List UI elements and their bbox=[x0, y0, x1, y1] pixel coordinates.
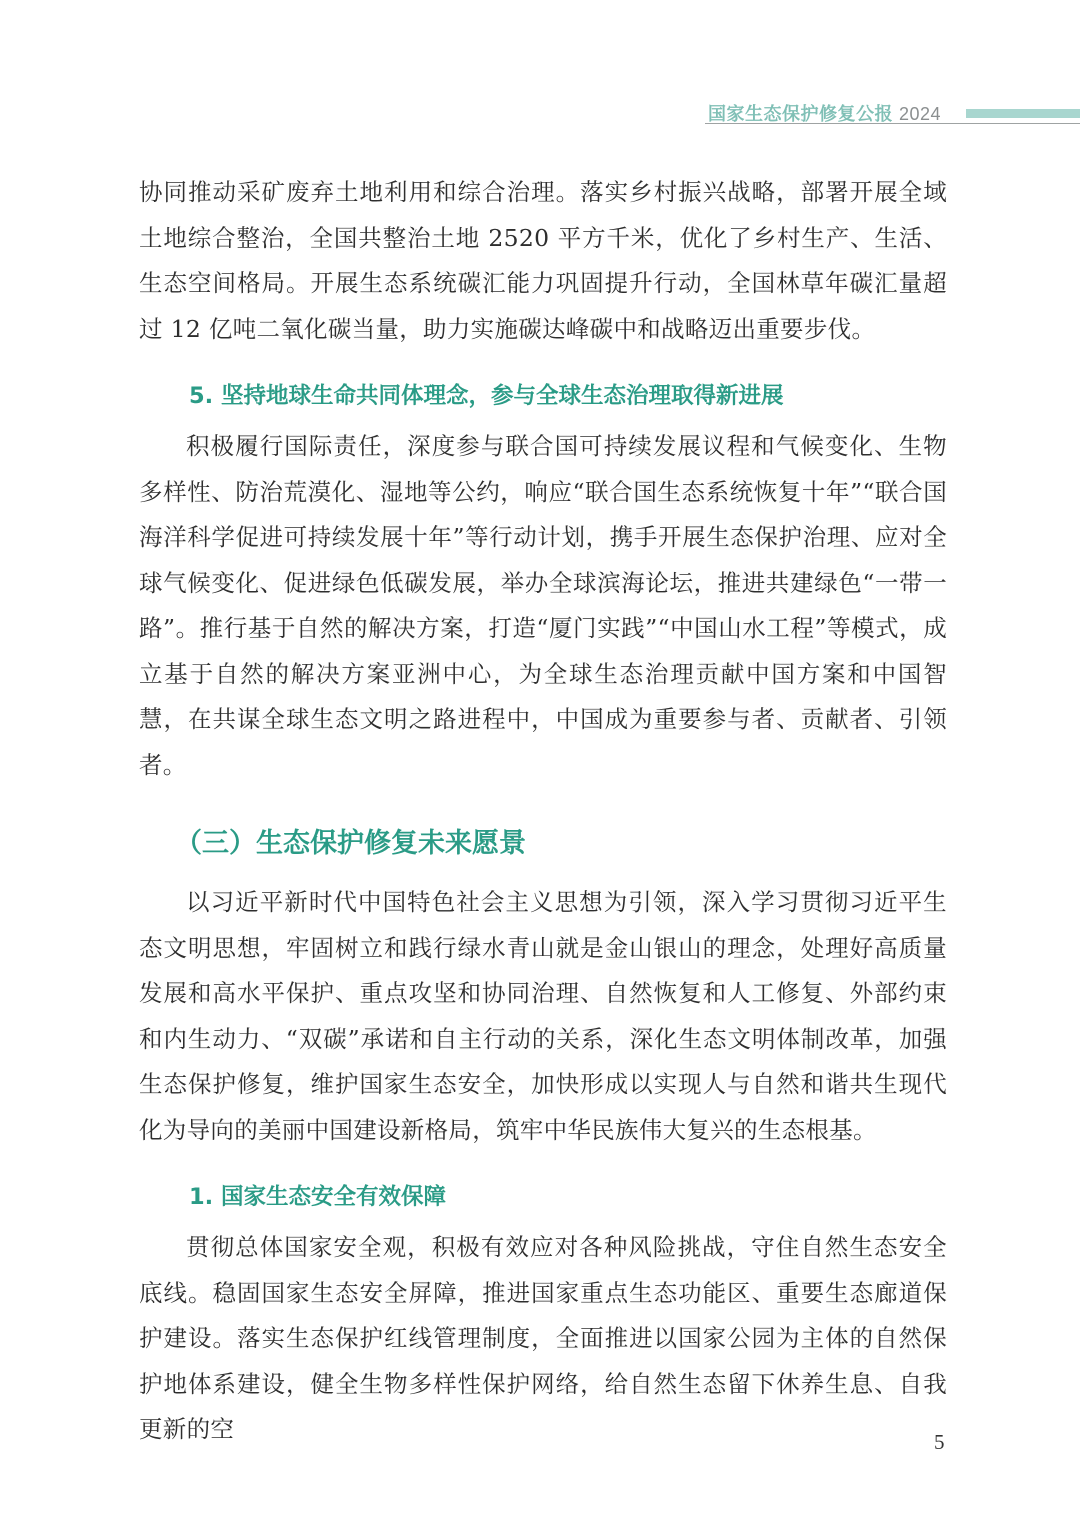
header-title: 国家生态保护修复公报2024 bbox=[708, 100, 941, 126]
paragraph-global-governance: 积极履行国际责任，深度参与联合国可持续发展议程和气候变化、生物多样性、防治荒漠化… bbox=[139, 424, 947, 788]
paragraph-future-vision: 以习近平新时代中国特色社会主义思想为引领，深入学习贯彻习近平生态文明思想，牢固树… bbox=[139, 880, 947, 1153]
section-heading-future-vision: （三）生态保护修复未来愿景 bbox=[139, 818, 947, 870]
header-year: 2024 bbox=[899, 104, 941, 124]
header-title-text: 国家生态保护修复公报 bbox=[708, 104, 893, 125]
paragraph-ecological-security: 贯彻总体国家安全观，积极有效应对各种风险挑战，守住自然生态安全底线。稳固国家生态… bbox=[139, 1225, 947, 1453]
subheading-global-governance: 5. 坚持地球生命共同体理念，参与全球生态治理取得新进展 bbox=[139, 374, 947, 418]
subheading-ecological-security: 1. 国家生态安全有效保障 bbox=[139, 1175, 947, 1219]
page-number: 5 bbox=[934, 1430, 945, 1455]
running-header: 国家生态保护修复公报2024 bbox=[0, 96, 1080, 126]
page-content: 协同推动采矿废弃土地利用和综合治理。落实乡村振兴战略，部署开展全域土地综合整治，… bbox=[139, 170, 947, 1453]
paragraph-continuation: 协同推动采矿废弃土地利用和综合治理。落实乡村振兴战略，部署开展全域土地综合整治，… bbox=[139, 170, 947, 352]
header-accent-bar bbox=[966, 109, 1080, 118]
